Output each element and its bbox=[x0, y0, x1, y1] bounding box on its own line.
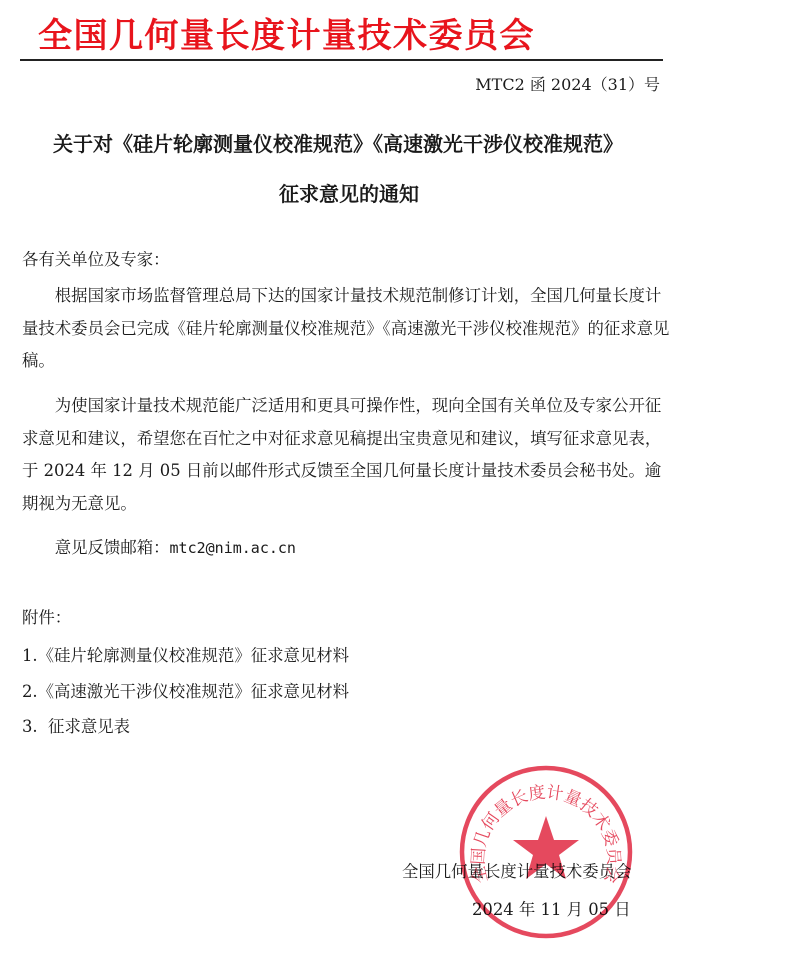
official-seal-icon: 全国几何量长度计量技术委员会 bbox=[458, 764, 634, 940]
attachment-item: 1.《硅片轮廓测量仪校准规范》征求意见材料 bbox=[22, 638, 349, 674]
attachments-label: 附件： bbox=[22, 602, 670, 635]
body-paragraph-1: 根据国家市场监督管理总局下达的国家计量技术规范制修订计划，全国几何量长度计量技术… bbox=[22, 280, 670, 378]
email-label: 意见反馈邮箱： bbox=[55, 538, 170, 557]
email-address[interactable]: mtc2@nim.ac.cn bbox=[170, 539, 296, 557]
attachment-item: 3. 征求意见表 bbox=[22, 709, 349, 745]
document-title-line-2: 征求意见的通知 bbox=[0, 178, 699, 207]
document-title-line-1: 关于对《硅片轮廓测量仪校准规范》《高速激光干涉仪校准规范》 bbox=[0, 128, 688, 157]
letterhead-title: 全国几何量长度计量技术委员会 bbox=[38, 8, 535, 57]
attachments-list: 1.《硅片轮廓测量仪校准规范》征求意见材料 2.《高速激光干涉仪校准规范》征求意… bbox=[22, 638, 349, 745]
document-number: MTC2 函 2024（31）号 bbox=[475, 72, 660, 95]
salutation: 各有关单位及专家： bbox=[22, 244, 670, 277]
attachment-item: 2.《高速激光干涉仪校准规范》征求意见材料 bbox=[22, 674, 349, 710]
body-paragraph-2: 为使国家计量技术规范能广泛适用和更具可操作性，现向全国有关单位及专家公开征求意见… bbox=[22, 390, 670, 520]
feedback-email-line: 意见反馈邮箱：mtc2@nim.ac.cn bbox=[22, 532, 703, 565]
header-divider bbox=[20, 59, 663, 61]
